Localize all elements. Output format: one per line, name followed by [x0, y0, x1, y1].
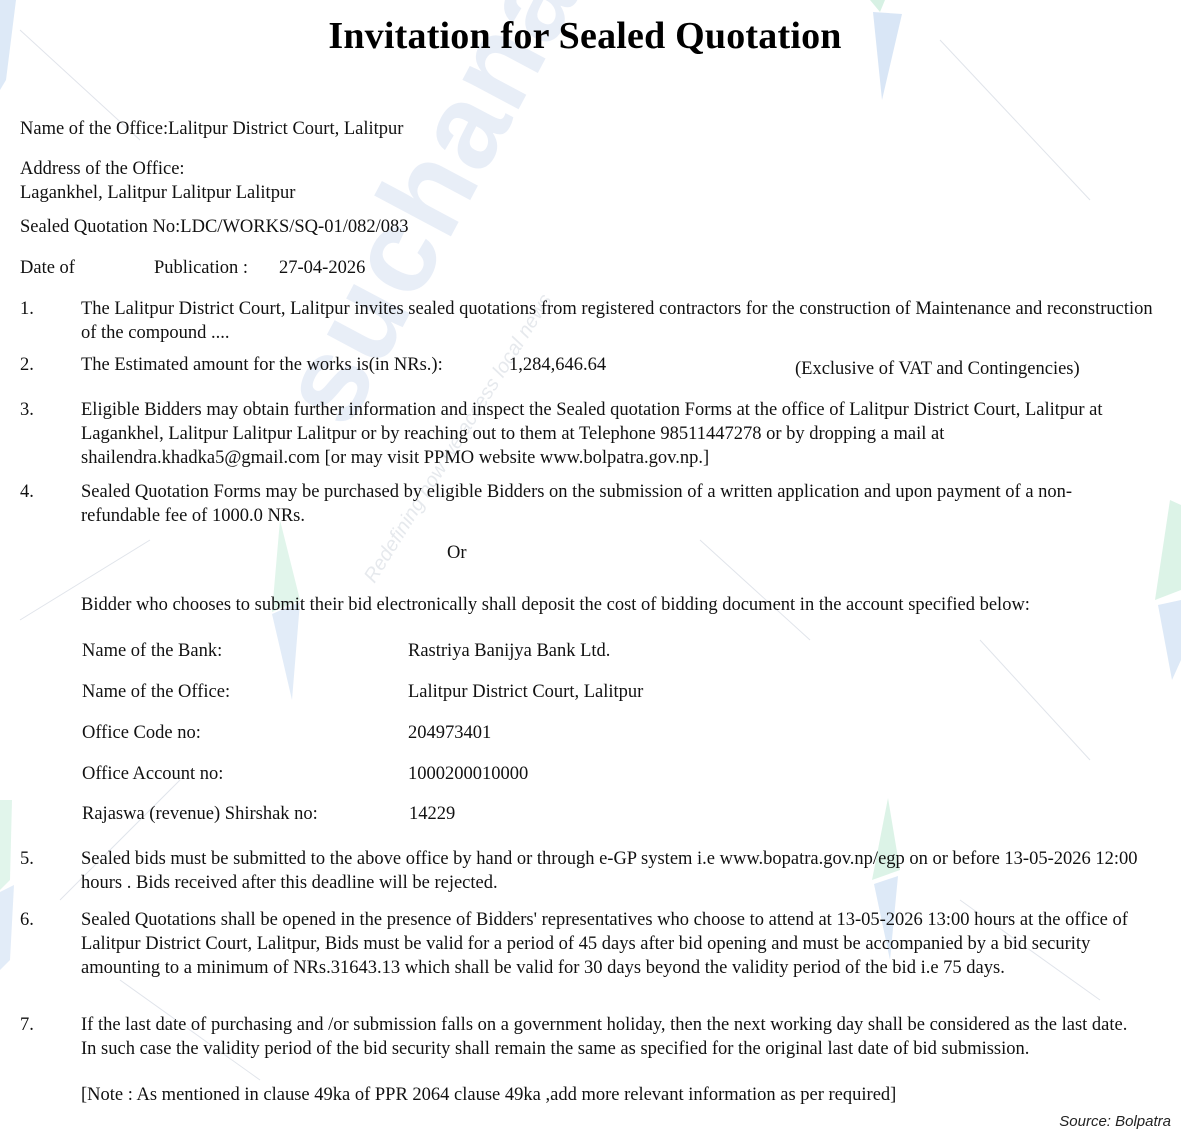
estimated-amount-label: The Estimated amount for the works is(in…: [81, 353, 443, 377]
bank-detail-value: 204973401: [408, 721, 491, 745]
bank-detail-label: Name of the Office:: [82, 680, 230, 704]
estimated-amount-note: (Exclusive of VAT and Contingencies): [795, 357, 1080, 381]
clause-text: Sealed Quotation Forms may be purchased …: [81, 480, 1141, 528]
date-label-part2: Publication :: [154, 256, 248, 280]
clause-text: Sealed bids must be submitted to the abo…: [81, 847, 1141, 895]
address-value: Lagankhel, Lalitpur Lalitpur Lalitpur: [20, 181, 295, 205]
bank-detail-label: Name of the Bank:: [82, 639, 222, 663]
bank-detail-label: Office Code no:: [82, 721, 201, 745]
office-name: Name of the Office:Lalitpur District Cou…: [20, 117, 403, 141]
address-label: Address of the Office:: [20, 157, 185, 181]
clause-number: 3.: [20, 398, 34, 422]
estimated-amount-value: 1,284,646.64: [509, 353, 606, 377]
clause-number: 4.: [20, 480, 34, 504]
bank-detail-label: Office Account no:: [82, 762, 223, 786]
clause-number: 2.: [20, 353, 34, 377]
bank-detail-value: Rastriya Banijya Bank Ltd.: [408, 639, 610, 663]
bank-detail-value: 1000200010000: [408, 762, 528, 786]
clause-number: 5.: [20, 847, 34, 871]
quotation-number: Sealed Quotation No:LDC/WORKS/SQ-01/082/…: [20, 215, 408, 239]
clause-text: Sealed Quotations shall be opened in the…: [81, 908, 1141, 980]
bank-detail-label: Rajaswa (revenue) Shirshak no:: [82, 802, 318, 826]
clause-text: Eligible Bidders may obtain further info…: [81, 398, 1146, 470]
clause-number: 6.: [20, 908, 34, 932]
publication-date: 27-04-2026: [279, 256, 365, 280]
source-credit: Source: Bolpatra: [1059, 1113, 1171, 1130]
clause-number: 1.: [20, 297, 34, 321]
electronic-deposit-text: Bidder who chooses to submit their bid e…: [81, 593, 1030, 617]
document-title: Invitation for Sealed Quotation: [0, 14, 1170, 58]
date-label-part1: Date of: [20, 256, 75, 280]
clause-number: 7.: [20, 1013, 34, 1037]
or-separator: Or: [447, 541, 467, 565]
clause-text: If the last date of purchasing and /or s…: [81, 1013, 1141, 1061]
bank-detail-value: 14229: [409, 802, 455, 826]
clause-text: The Lalitpur District Court, Lalitpur in…: [81, 297, 1156, 345]
clause-note: [Note : As mentioned in clause 49ka of P…: [81, 1083, 896, 1107]
bank-detail-value: Lalitpur District Court, Lalitpur: [408, 680, 643, 704]
